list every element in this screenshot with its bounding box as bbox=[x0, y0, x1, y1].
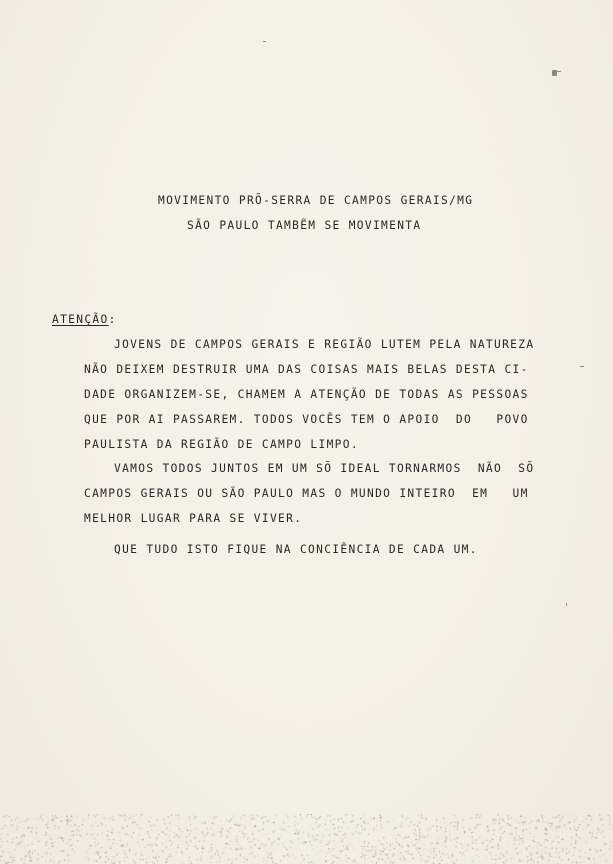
body-line: DADE ORGANIZEM-SE, CHAMEM A ATENÇÃO DE T… bbox=[84, 388, 529, 402]
attention-colon: : bbox=[109, 313, 117, 326]
body-line: PAULISTA DA REGIÃO DE CAMPO LIMPO. bbox=[84, 438, 359, 452]
body-line: MELHOR LUGAR PARA SE VIVER. bbox=[84, 512, 302, 526]
paper-speck bbox=[557, 71, 561, 72]
body-line: QUE POR AI PASSAREM. TODOS VOCÊS TEM O A… bbox=[84, 413, 529, 427]
paper-speck bbox=[566, 603, 567, 606]
body-line: CAMPOS GERAIS OU SÃO PAULO MAS O MUNDO I… bbox=[84, 487, 529, 501]
document-title-line-1: MOVIMENTO PRÕ-SERRA DE CAMPOS GERAIS/MG bbox=[158, 194, 473, 208]
paper-speck bbox=[580, 366, 584, 367]
body-line: NÃO DEIXEM DESTRUIR UMA DAS COISAS MAIS … bbox=[84, 363, 529, 377]
typewritten-page: MOVIMENTO PRÕ-SERRA DE CAMPOS GERAIS/MG … bbox=[0, 0, 613, 864]
attention-heading: ATENÇÃO: bbox=[52, 313, 117, 327]
document-title-line-2: SÃO PAULO TAMBẼM SE MOVIMENTA bbox=[187, 219, 421, 233]
attention-label: ATENÇÃO bbox=[52, 313, 109, 326]
body-line: QUE TUDO ISTO FIQUE NA CONCIÊNCIA DE CAD… bbox=[114, 543, 478, 557]
paper-speck bbox=[263, 41, 266, 42]
body-line: VAMOS TODOS JUNTOS EM UM SÕ IDEAL TORNAR… bbox=[114, 462, 534, 476]
scan-noise-band bbox=[0, 814, 613, 864]
body-line: JOVENS DE CAMPOS GERAIS E REGIÃO LUTEM P… bbox=[114, 338, 534, 352]
